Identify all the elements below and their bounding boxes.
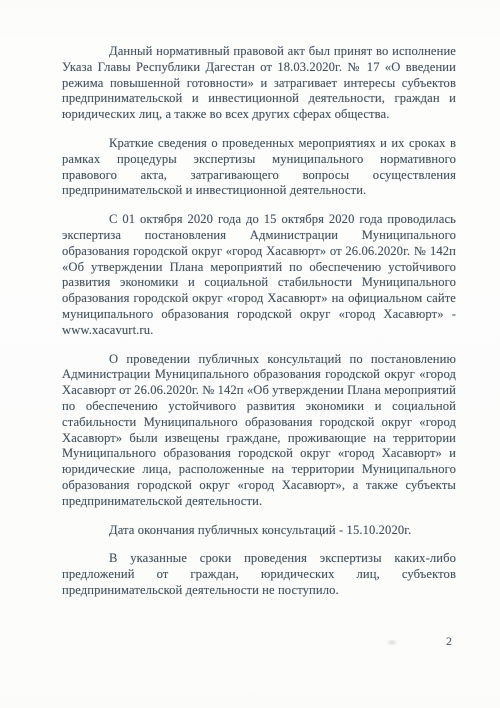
paragraph-brief-info-heading: Краткие сведения о проведенных мероприят… — [62, 136, 456, 199]
paragraph-consultation-end-date: Дата окончания публичных консультаций - … — [62, 523, 456, 539]
paragraph-legal-basis: Данный нормативный правовой акт был прин… — [62, 44, 456, 123]
document-page: Данный нормативный правовой акт был прин… — [0, 0, 500, 708]
paragraph-expertise-period: С 01 октября 2020 года до 15 октября 202… — [62, 212, 456, 338]
paragraph-no-proposals: В указанные сроки проведения экспертизы … — [62, 551, 456, 598]
page-number: 2 — [446, 634, 452, 649]
paragraph-public-consultations: О проведении публичных консультаций по п… — [62, 352, 456, 510]
document-text-block: Данный нормативный правовой акт был прин… — [62, 44, 456, 612]
scan-smudge — [386, 639, 398, 646]
